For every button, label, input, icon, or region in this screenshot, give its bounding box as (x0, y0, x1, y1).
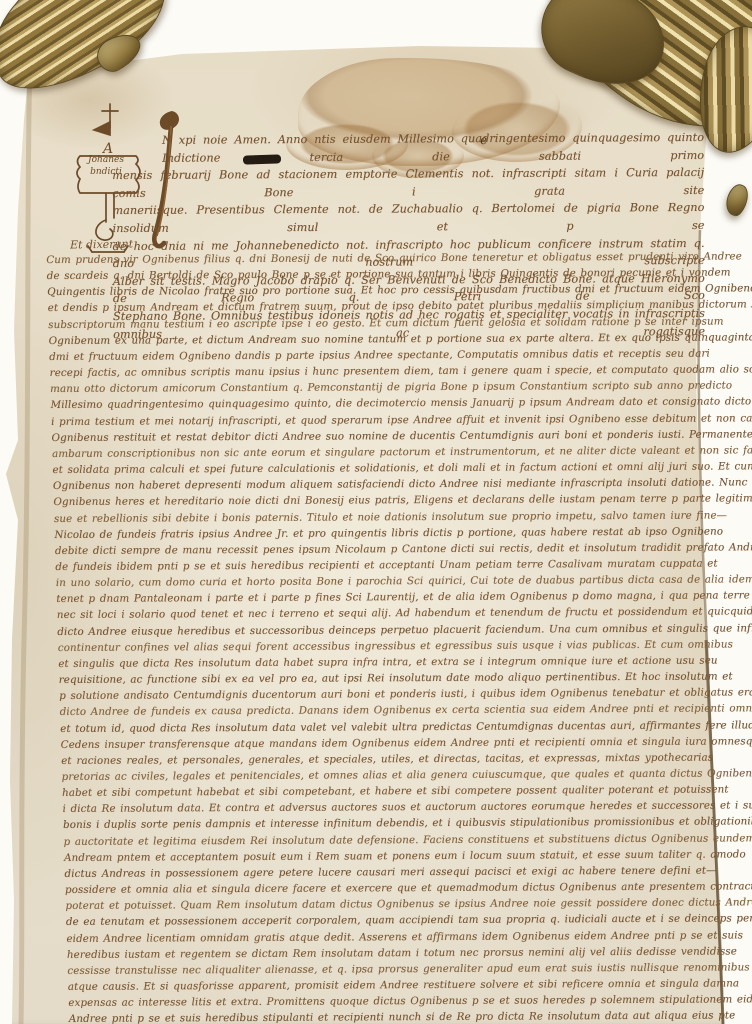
manuscript-line: maneriisque. Presentibus Clemente not. d… (112, 199, 704, 237)
margin-note: Et dixerunt (70, 237, 133, 251)
scanned-manuscript-page: e A Johanes bndicti N xpi noie Amen. Ann… (0, 0, 752, 1024)
body-paragraph: Cum prudens vir Ognibenus filius q. dni … (46, 249, 721, 1024)
manuscript-line: mensis februarij Bone ad stacionem empto… (112, 164, 704, 202)
ink-smudge (243, 154, 281, 164)
gold-clamp-fragment-icon (723, 182, 752, 219)
manuscript-line: Andree pnti p se et suis heredibus stipu… (69, 1008, 721, 1024)
